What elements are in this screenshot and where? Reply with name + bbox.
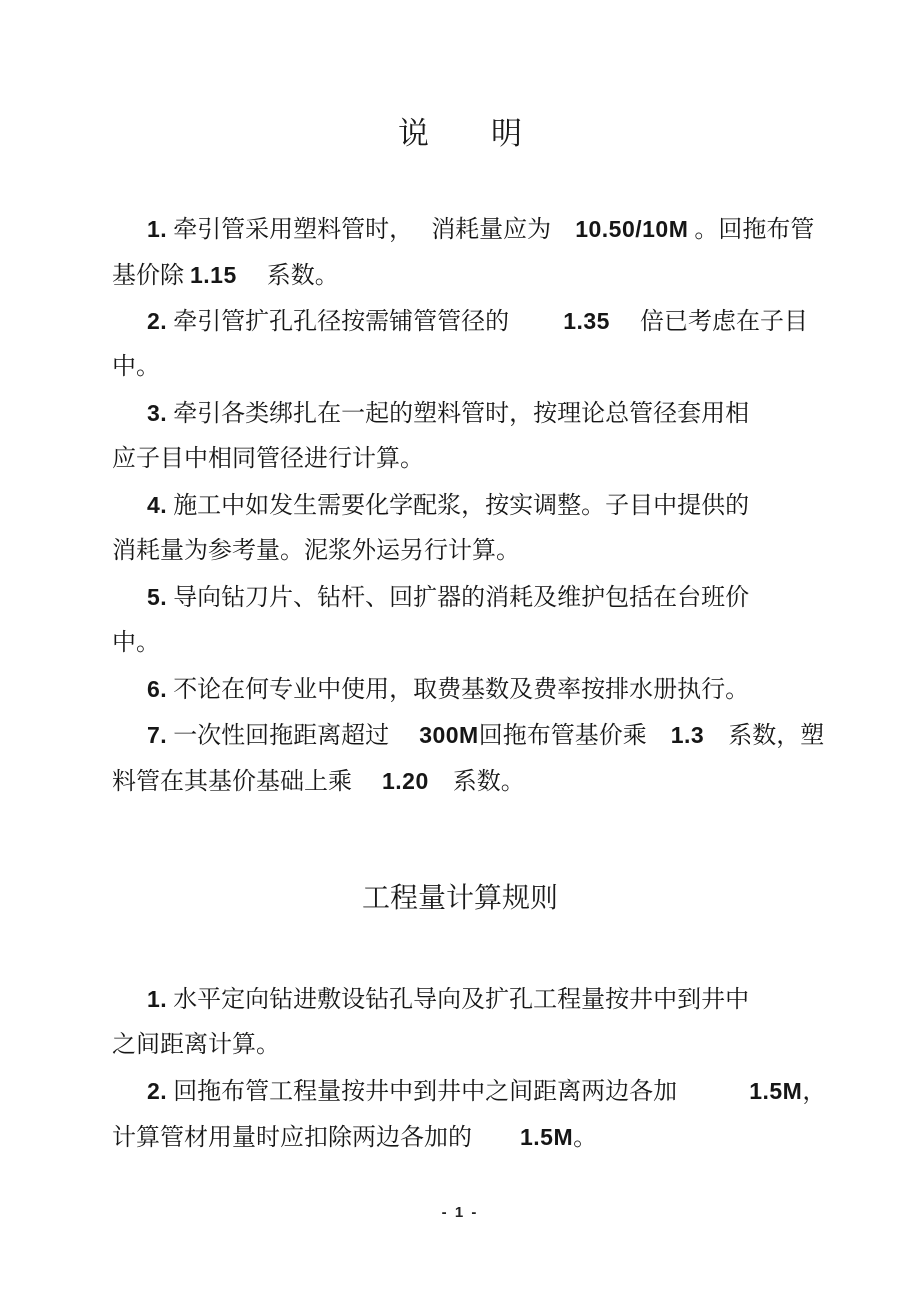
text-run: 回拖布管基价乘 (479, 723, 671, 749)
text-run: 牵引各类绑扎在一起的塑料管时，按理论总管径套用相 (167, 401, 749, 427)
numeric-value: 1.5M (749, 1078, 802, 1104)
text-run: 系数。 (429, 769, 525, 795)
text-run: 应子目中相同管径进行计算。 (112, 446, 424, 472)
numeric-value: 1.20 (382, 768, 429, 794)
notes-section: 1. 牵引管采用塑料管时， 消耗量应为 10.50/10M 。回拖布管基价除 1… (112, 206, 824, 804)
text-line: 5. 导向钻刀片、钻杆、回扩器的消耗及维护包括在台班价 (112, 574, 824, 620)
text-run: 。 (573, 1125, 597, 1151)
numeric-value: 10.50/10M (575, 216, 688, 242)
text-run: 系数，塑 (704, 723, 824, 749)
text-line: 4. 施工中如发生需要化学配浆，按实调整。子目中提供的 (112, 482, 824, 528)
text-run: 倍已考虑在子目 (610, 309, 808, 335)
text-run: 回拖布管工程量按井中到井中之间距离两边各加 (167, 1079, 749, 1105)
text-run: 不论在何专业中使用，取费基数及费率按排水册执行。 (167, 677, 749, 703)
text-line: 7. 一次性回拖距离超过 300M回拖布管基价乘 1.3 系数，塑 (112, 712, 824, 758)
numeric-value: 5. (147, 584, 167, 610)
numeric-value: 3. (147, 400, 167, 426)
text-line: 消耗量为参考量。泥浆外运另行计算。 (112, 528, 824, 574)
numeric-value: 2. (147, 308, 167, 334)
text-line: 1. 牵引管采用塑料管时， 消耗量应为 10.50/10M 。回拖布管 (112, 206, 824, 252)
text-run: 。回拖布管 (688, 217, 814, 243)
text-line: 应子目中相同管径进行计算。 (112, 436, 824, 482)
text-run: 计算管材用量时应扣除两边各加的 (112, 1125, 520, 1151)
document-page: 说 明 1. 牵引管采用塑料管时， 消耗量应为 10.50/10M 。回拖布管基… (0, 0, 920, 1303)
text-run: 基价除 (112, 263, 190, 289)
text-line: 2. 牵引管扩孔孔径按需铺管管径的 1.35 倍已考虑在子目 (112, 298, 824, 344)
numeric-value: 1.15 (190, 262, 237, 288)
document-title: 说 明 (0, 108, 920, 153)
text-run: 牵引管采用塑料管时， (167, 217, 431, 243)
numeric-value: 7. (147, 722, 167, 748)
rules-section-title: 工程量计算规则 (0, 876, 920, 916)
numeric-value: 2. (147, 1078, 167, 1104)
text-line: 之间距离计算。 (112, 1022, 824, 1068)
rules-section: 1. 水平定向钻进敷设钻孔导向及扩孔工程量按井中到井中之间距离计算。2. 回拖布… (112, 976, 824, 1160)
numeric-value: 1. (147, 986, 167, 1012)
text-run: 消耗量应为 (431, 217, 575, 243)
text-run: 料管在其基价基础上乘 (112, 769, 382, 795)
text-run: 水平定向钻进敷设钻孔导向及扩孔工程量按井中到井中 (167, 987, 749, 1013)
numeric-value: 1. (147, 216, 167, 242)
text-line: 3. 牵引各类绑扎在一起的塑料管时，按理论总管径套用相 (112, 390, 824, 436)
text-line: 中。 (112, 344, 824, 390)
numeric-value: 4. (147, 492, 167, 518)
text-line: 2. 回拖布管工程量按井中到井中之间距离两边各加 1.5M， (112, 1068, 824, 1114)
text-line: 计算管材用量时应扣除两边各加的 1.5M。 (112, 1114, 824, 1160)
text-run: 中。 (112, 354, 160, 380)
text-run: 导向钻刀片、钻杆、回扩器的消耗及维护包括在台班价 (167, 585, 749, 611)
text-line: 基价除 1.15 系数。 (112, 252, 824, 298)
page-number: - 1 - (0, 1204, 920, 1221)
text-run: 施工中如发生需要化学配浆，按实调整。子目中提供的 (167, 493, 749, 519)
text-run: 消耗量为参考量。泥浆外运另行计算。 (112, 538, 520, 564)
numeric-value: 300M (419, 722, 479, 748)
text-run: 中。 (112, 630, 160, 656)
text-run: ， (802, 1079, 826, 1105)
numeric-value: 1.5M (520, 1124, 573, 1150)
text-line: 料管在其基价基础上乘 1.20 系数。 (112, 758, 824, 804)
text-line: 1. 水平定向钻进敷设钻孔导向及扩孔工程量按井中到井中 (112, 976, 824, 1022)
text-line: 6. 不论在何专业中使用，取费基数及费率按排水册执行。 (112, 666, 824, 712)
text-line: 中。 (112, 620, 824, 666)
numeric-value: 6. (147, 676, 167, 702)
numeric-value: 1.35 (563, 308, 610, 334)
text-run: 牵引管扩孔孔径按需铺管管径的 (167, 309, 563, 335)
text-run: 之间距离计算。 (112, 1032, 280, 1058)
text-run: 一次性回拖距离超过 (167, 723, 419, 749)
text-run: 系数。 (237, 263, 339, 289)
numeric-value: 1.3 (671, 722, 704, 748)
